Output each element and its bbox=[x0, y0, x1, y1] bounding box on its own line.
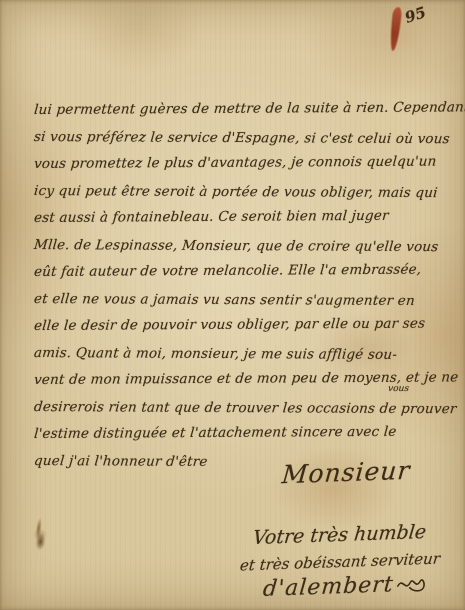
handwritten-line: l'estime distinguée et l'attachement sin… bbox=[33, 418, 449, 448]
handwritten-line: eût fait auteur de votre melancolie. Ell… bbox=[33, 256, 449, 286]
handwritten-line: vous promettez le plus d'avantages, je c… bbox=[33, 148, 449, 178]
letter-body: lui permettent guères de mettre de la su… bbox=[34, 97, 448, 475]
signature-flourish-icon bbox=[395, 573, 427, 594]
interlinear-insertion: vous bbox=[387, 384, 409, 394]
closing-line-1: Votre très humble bbox=[252, 521, 427, 549]
greeting-monsieur: Monsieur bbox=[281, 456, 412, 490]
handwritten-line: est aussi à fontainebleau. Ce seroit bie… bbox=[33, 202, 449, 232]
signature-text: d'alembert bbox=[262, 572, 395, 602]
signature-dalembert: d'alembert bbox=[262, 571, 427, 602]
red-crayon-mark bbox=[389, 7, 403, 52]
manuscript-letter-page: 95 lui permettent guères de mettre de la… bbox=[0, 0, 465, 610]
ink-smudge bbox=[24, 512, 54, 559]
handwritten-line: lui permettent guères de mettre de la su… bbox=[33, 94, 449, 124]
handwritten-line: elle le desir de pouvoir vous obliger, p… bbox=[33, 310, 449, 340]
folio-number: 95 bbox=[403, 3, 428, 27]
